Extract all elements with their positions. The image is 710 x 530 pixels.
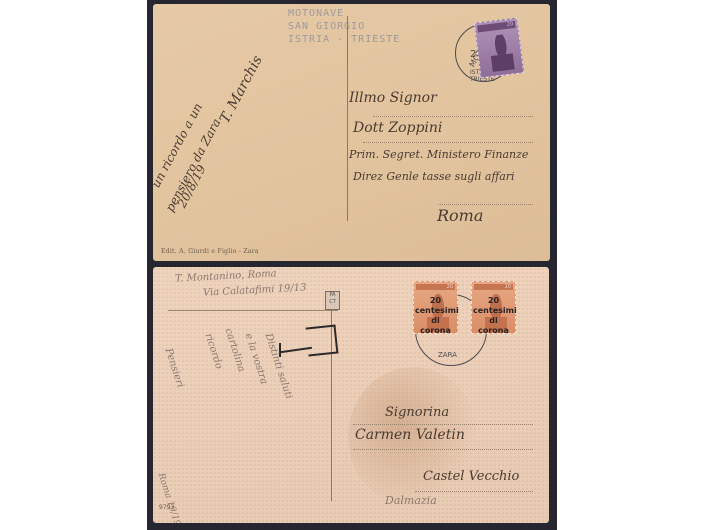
stamp-violet: 20 (474, 18, 524, 79)
overprint-line: 20 (473, 296, 514, 306)
header-rule (168, 310, 338, 311)
signature: T. Marchis (217, 53, 266, 126)
address-line: Direz Genle tasse sugli affari (353, 170, 515, 183)
address-rule (353, 449, 533, 450)
header-note-line: T. Montanino, Roma (175, 268, 277, 284)
card-number: 9793 (159, 504, 174, 511)
stamp-portrait-icon (488, 34, 514, 72)
ship-cancel-text: MOTONAVE SAN GIORGIO ISTRIA - TRIESTE (288, 7, 400, 46)
overprint-line: centesimi (473, 306, 514, 316)
cancel-line: ISTRIA - TRIESTE (288, 33, 400, 46)
logo-line: CT (326, 299, 339, 306)
stamp-value: 20 (477, 21, 516, 33)
stamp-value: 20 (474, 284, 513, 290)
stamp-orange-1: 20 20 centesimi di corona (413, 281, 458, 334)
address-line: Signorina (385, 405, 449, 420)
stamp-overprint: 20 centesimi di corona (415, 296, 456, 336)
cancel-line: SAN GIORGIO (288, 20, 400, 33)
address-line: Carmen Valetin (355, 427, 465, 443)
message-date: Roma 19/19 (155, 472, 181, 523)
message-line: ricordo (203, 332, 225, 370)
header-note-line: Via Calatafimi 19/13 (203, 282, 307, 298)
address-line: Prim. Segret. Ministero Finanze (349, 148, 528, 161)
address-line: Castel Vecchio (423, 469, 519, 484)
postmark-bottom-text: ZARA (438, 351, 457, 359)
address-rule (363, 142, 533, 143)
address-region: Dalmazia (385, 494, 437, 507)
address-rule (353, 424, 533, 425)
logo-line: PA (326, 292, 339, 299)
stamp-overprint: 20 centesimi di corona (473, 296, 514, 336)
card-divider (347, 16, 348, 221)
cancel-line: MOTONAVE (288, 7, 400, 20)
address-rule (373, 116, 533, 117)
overprint-line: 20 (415, 296, 456, 306)
address-rule (438, 204, 533, 205)
overprint-line: centesimi (415, 306, 456, 316)
stamp-orange-2: 20 20 centesimi di corona (471, 281, 516, 334)
address-line: Illmo Signor (349, 90, 437, 106)
publisher-imprint: Edit. A. Giurdi e Figlio - Zara (161, 248, 259, 255)
address-line: Dott Zoppini (353, 120, 442, 136)
stamp-value: 20 (416, 284, 455, 290)
address-rule (415, 491, 533, 492)
overprint-line: di corona (473, 316, 514, 336)
publisher-logo: PA CT (325, 291, 340, 310)
postcard-bottom: T. Montanino, Roma Via Calatafimi 19/13 … (153, 267, 549, 523)
message-line: Pensieri (163, 347, 186, 389)
tax-mark-T (306, 325, 339, 357)
overprint-line: di corona (415, 316, 456, 336)
postcard-top: MOTONAVE SAN GIORGIO ISTRIA - TRIESTE MO… (153, 4, 550, 261)
address-city: Roma (437, 206, 483, 225)
